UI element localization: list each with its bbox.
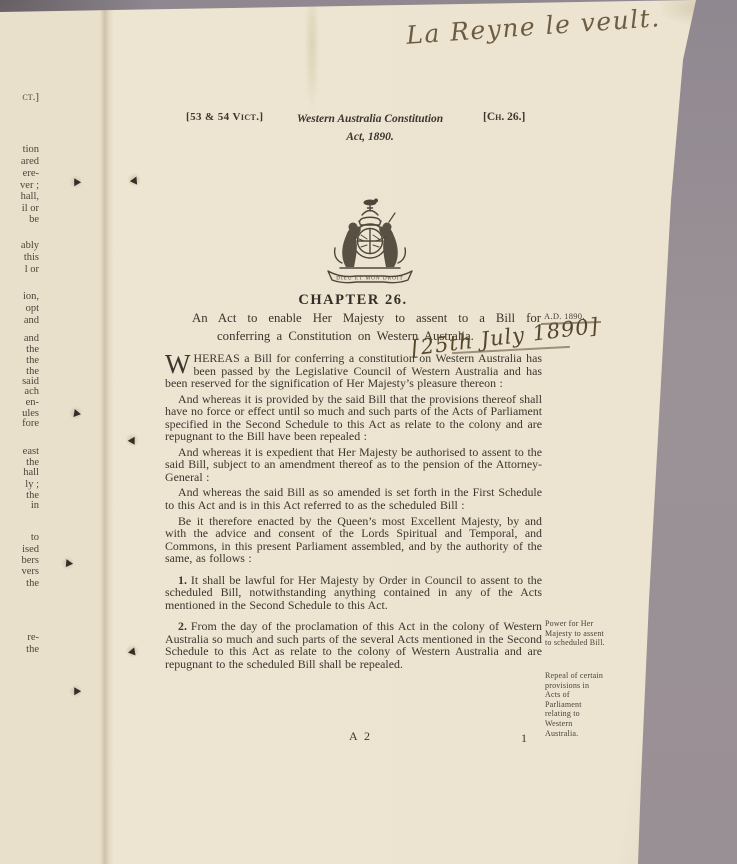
left-page-text-fragment: and xyxy=(0,315,39,326)
left-page-text-fragment: l or xyxy=(0,264,39,275)
left-page-text-fragment: be xyxy=(0,214,39,225)
chapter-reference: [Ch. 26.] xyxy=(483,111,525,123)
preamble-paragraph: WHEREAS a Bill for conferring a constitu… xyxy=(165,352,542,390)
chapter-heading: CHAPTER 26. xyxy=(165,292,541,309)
running-title: Western Australia Constitution Act, 1890… xyxy=(278,110,462,146)
left-page-text-fragment: bers xyxy=(0,555,39,566)
running-title-line1: Western Australia Constitution xyxy=(278,110,462,128)
preamble-text: HEREAS a Bill for conferring a constitut… xyxy=(165,351,542,390)
left-page-text-fragment: ised xyxy=(0,544,39,555)
signature-mark: A 2 xyxy=(349,729,372,744)
underlying-page-edge: ct.]tionaredere-ver ;hall,il orbeablythi… xyxy=(0,0,105,864)
page-number: 1 xyxy=(521,731,527,746)
section-paragraph: 2.From the day of the proclamation of th… xyxy=(165,620,542,670)
regnal-year: [53 & 54 Vict.] xyxy=(186,111,263,123)
arms-motto: DIEU ET MON DROIT xyxy=(336,276,403,282)
left-page-text-fragment: tion xyxy=(0,144,39,155)
recital-paragraph: And whereas it is expedient that Her Maj… xyxy=(165,446,542,484)
left-page-text-fragment: re- xyxy=(0,632,39,643)
left-page-text-fragment: fore xyxy=(0,418,39,429)
left-page-text-fragment: to xyxy=(0,532,39,543)
left-page-text-fragment: the xyxy=(0,644,39,655)
margin-note: Repeal of certain provisions in Acts of … xyxy=(545,671,605,738)
recital-paragraph: And whereas it is provided by the said B… xyxy=(165,393,542,443)
left-page-text-fragment: in xyxy=(0,500,39,511)
left-page-text-fragment: ct.] xyxy=(0,92,39,103)
left-page-text-fragment: the xyxy=(0,578,39,589)
left-page-text-fragment: il or xyxy=(0,203,39,214)
drop-cap: W xyxy=(165,352,193,376)
left-page-text-fragment: the xyxy=(0,344,39,355)
royal-coat-of-arms: DIEU ET MON DROIT xyxy=(296,191,444,287)
left-page-text-fragment: and xyxy=(0,333,39,344)
left-page-text-fragment: east xyxy=(0,446,39,457)
left-page-text-fragment: ly ; xyxy=(0,479,39,490)
margin-note: Power for Her Majesty to assent to sched… xyxy=(545,619,605,648)
binding-hole xyxy=(126,171,143,188)
binding-hole xyxy=(124,431,142,449)
left-page-text-fragment: ion, xyxy=(0,291,39,302)
left-page-text-fragment: vers xyxy=(0,566,39,577)
left-page-text-fragment: ared xyxy=(0,156,39,167)
left-page-text-fragment: the xyxy=(0,355,39,366)
left-page-text-fragment: ver ; xyxy=(0,180,39,191)
document-page: ct.]tionaredere-ver ;hall,il orbeablythi… xyxy=(0,0,737,864)
left-page-text-fragment: hall, xyxy=(0,191,39,202)
recital-paragraph: And whereas the said Bill as so amended … xyxy=(165,486,542,511)
photo-scene: ct.]tionaredere-ver ;hall,il orbeablythi… xyxy=(0,0,737,864)
act-body: WHEREAS a Bill for conferring a constitu… xyxy=(165,352,542,671)
left-page-text-fragment: en- xyxy=(0,397,39,408)
royal-assent-handwriting: La Reyne le veult. xyxy=(405,3,661,50)
left-page-text-fragment: ere- xyxy=(0,168,39,179)
left-page-text-fragment: this xyxy=(0,252,39,263)
section-text: It shall be lawful for Her Majesty by Or… xyxy=(165,573,542,612)
section-text: From the day of the proclamation of this… xyxy=(165,619,542,671)
recital-paragraph: Be it therefore enacted by the Queen’s m… xyxy=(165,515,542,565)
left-page-text-fragment: ach xyxy=(0,386,39,397)
running-title-line2: Act, 1890. xyxy=(278,128,462,146)
left-page-text-fragment: opt xyxy=(0,303,39,314)
section-paragraph: 1.It shall be lawful for Her Majesty by … xyxy=(165,574,542,612)
binding-hole xyxy=(124,642,141,659)
left-page-text-fragment: ably xyxy=(0,240,39,251)
left-page-text-fragment: hall xyxy=(0,467,39,478)
